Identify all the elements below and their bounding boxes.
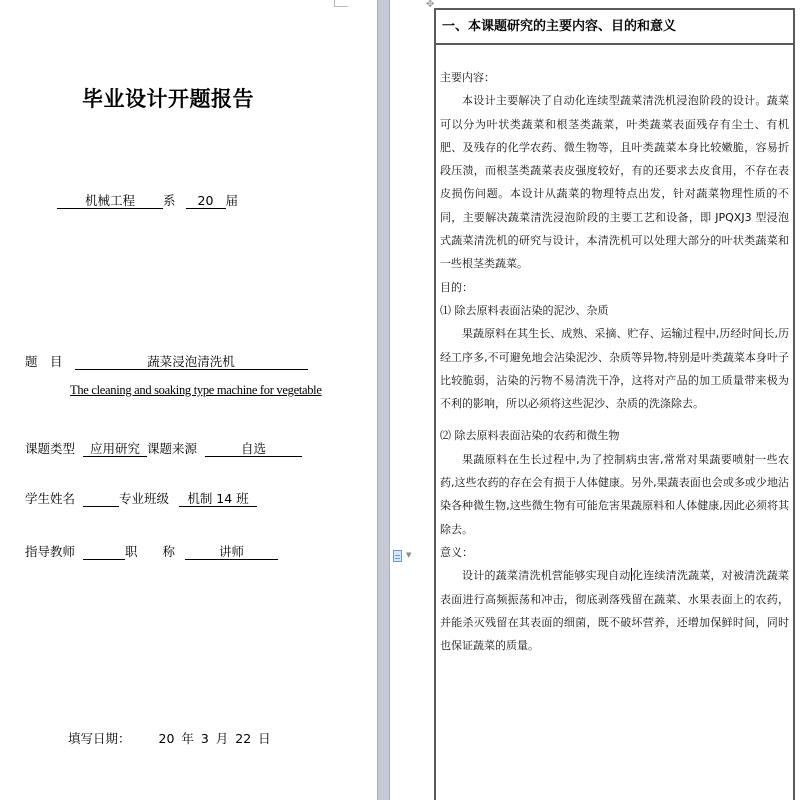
meaning-label: 意义：: [440, 541, 789, 564]
class-label: 专业班级: [119, 491, 169, 506]
teacher-field[interactable]: [83, 559, 125, 560]
year-suffix: 届: [226, 193, 239, 208]
topic-type-row: 课题类型 应用研究课题来源 自选: [25, 439, 302, 457]
meaning-text-start: 设计的蔬菜清洗机营能够实现自动: [462, 569, 631, 582]
type-label: 课题类型: [25, 441, 75, 456]
date-value: 20 年 3 月 22 日: [159, 731, 271, 746]
topic-row: 题 目 蔬菜浸泡清洗机: [25, 352, 308, 370]
topic-en: The cleaning and soaking type machine fo…: [70, 383, 322, 398]
department-field[interactable]: 机械工程: [57, 193, 163, 209]
section-header: 一、本课题研究的主要内容、目的和意义: [436, 10, 793, 45]
content-table: 一、本课题研究的主要内容、目的和意义 主要内容： 本设计主要解决了自动化连续型蔬…: [434, 8, 795, 800]
purpose-1-title: ⑴ 除去原料表面沾染的泥沙、杂质: [440, 299, 789, 322]
source-label: 课题来源: [147, 441, 197, 456]
fill-date-row: 填写日期：20 年 3 月 22 日: [68, 729, 271, 747]
paragraph-options-icon[interactable]: [393, 550, 402, 562]
content-paragraph: 本设计主要解决了自动化连续型蔬菜清洗机浸泡阶段的设计。蔬菜可以分为叶状类蔬菜和根…: [440, 89, 789, 275]
topic-cn-field[interactable]: 蔬菜浸泡清洗机: [75, 354, 308, 370]
crop-mark: [334, 0, 348, 7]
department-suffix: 系: [163, 193, 176, 208]
section-body[interactable]: 主要内容： 本设计主要解决了自动化连续型蔬菜清洗机浸泡阶段的设计。蔬菜可以分为叶…: [436, 45, 793, 657]
cover-title: 毕业设计开题报告: [82, 83, 254, 113]
purpose-2-paragraph: 果蔬原料在生长过程中,为了控制病虫害,常常对果蔬要喷射一些农药,这些农药的存在会…: [440, 448, 789, 541]
year-field[interactable]: 20: [186, 193, 226, 209]
purpose-label: 目的：: [440, 276, 789, 299]
student-row: 学生姓名 专业班级 机制 14 班: [25, 489, 257, 507]
date-label: 填写日期：: [68, 731, 131, 746]
topic-label: 题 目: [25, 354, 63, 369]
purpose-2-title: ⑵ 除去原料表面沾染的农药和微生物: [440, 424, 789, 447]
type-field[interactable]: 应用研究: [83, 441, 147, 457]
chevron-down-icon[interactable]: ▼: [406, 551, 411, 559]
source-field[interactable]: 自选: [205, 441, 302, 457]
content-label: 主要内容：: [440, 66, 789, 89]
teacher-label: 指导教师: [25, 544, 75, 559]
teacher-row: 指导教师 职 称 讲师: [25, 542, 278, 560]
purpose-1-paragraph: 果蔬原料在其生长、成熟、采摘、贮存、运输过程中,历经时间长,历经工序多,不可避免…: [440, 322, 789, 415]
department-row: 机械工程系 20届: [57, 191, 238, 209]
rank-field[interactable]: 讲师: [185, 544, 278, 560]
page-gutter: [377, 0, 390, 800]
student-label: 学生姓名: [25, 491, 75, 506]
class-field[interactable]: 机制 14 班: [179, 491, 257, 507]
cover-page: 毕业设计开题报告 机械工程系 20届 题 目 蔬菜浸泡清洗机 The clean…: [0, 0, 377, 800]
student-field[interactable]: [83, 506, 119, 507]
meaning-paragraph: 设计的蔬菜清洗机营能够实现自动化连续清洗蔬菜，对被清洗蔬菜表面进行高频振荡和冲击…: [440, 564, 789, 657]
rank-label: 职 称: [125, 544, 175, 559]
